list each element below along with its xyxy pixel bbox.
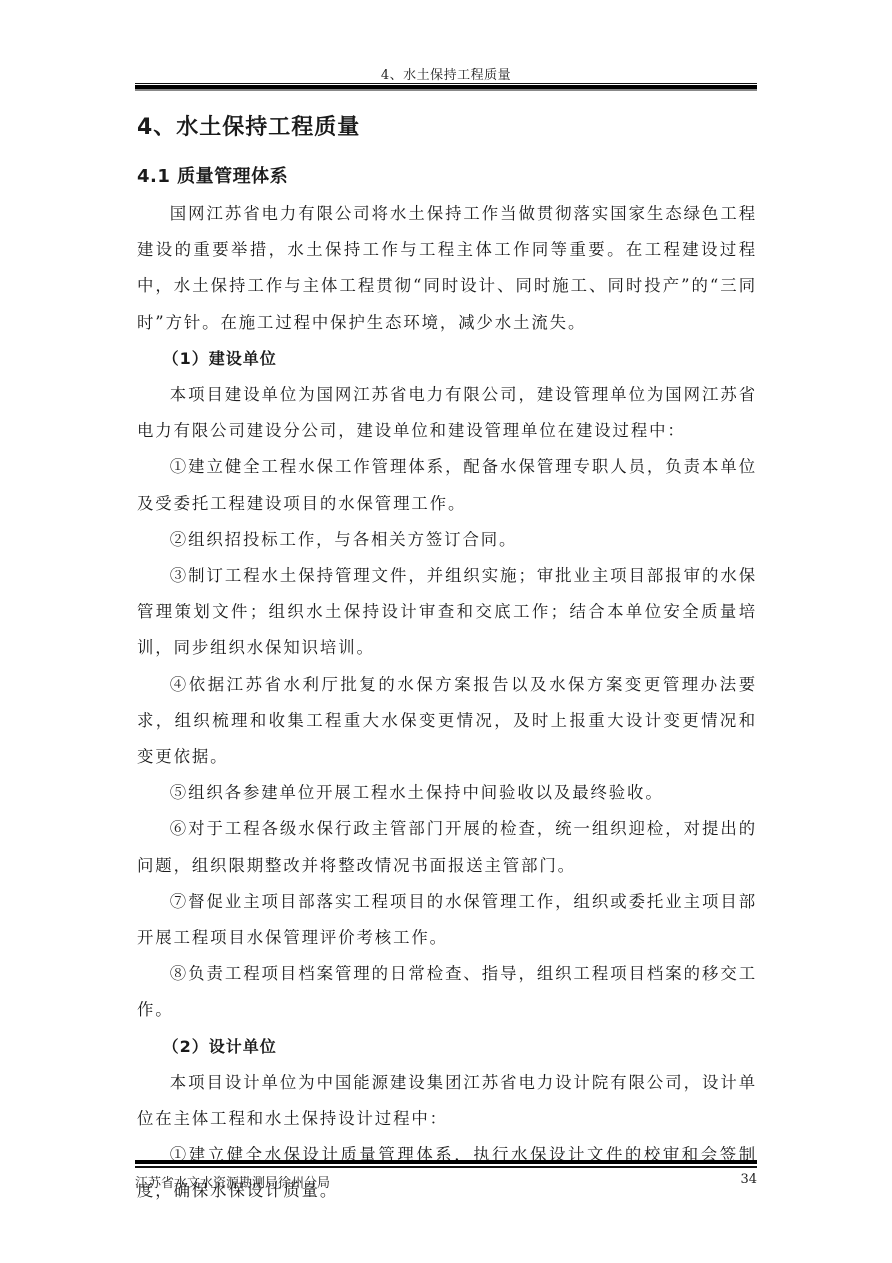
running-header: 4、水土保持工程质量 <box>135 64 757 83</box>
header-rule-thin <box>135 83 757 84</box>
section-title: 4.1 质量管理体系 <box>137 162 288 188</box>
list-item: ⑤组织各参建单位开展工程水土保持中间验收以及最终验收。 <box>137 775 757 811</box>
body-text: 国网江苏省电力有限公司将水土保持工作当做贯彻落实国家生态绿色工程建设的重要举措，… <box>137 196 757 1210</box>
list-item: ①建立健全工程水保工作管理体系，配备水保管理专职人员，负责本单位及受委托工程建设… <box>137 449 757 521</box>
footer-rule-thick <box>135 1160 757 1164</box>
list-item: ②组织招投标工作，与各相关方签订合同。 <box>137 522 757 558</box>
list-item: ⑥对于工程各级水保行政主管部门开展的检查，统一组织迎检，对提出的问题，组织限期整… <box>137 811 757 883</box>
paragraph: 本项目建设单位为国网江苏省电力有限公司，建设管理单位为国网江苏省电力有限公司建设… <box>137 377 757 449</box>
page-number: 34 <box>740 1172 757 1187</box>
chapter-title: 4、水土保持工程质量 <box>137 110 360 141</box>
header-rule-gray <box>135 89 757 91</box>
list-item: ⑦督促业主项目部落实工程项目的水保管理工作，组织或委托业主项目部开展工程项目水保… <box>137 884 757 956</box>
document-page: 4、水土保持工程质量 4、水土保持工程质量 4.1 质量管理体系 国网江苏省电力… <box>0 0 892 1263</box>
footer-rule-thin <box>135 1166 757 1168</box>
subheading-construction-unit: （1）建设单位 <box>137 341 757 377</box>
list-item: ④依据江苏省水利厅批复的水保方案报告以及水保方案变更管理办法要求，组织梳理和收集… <box>137 667 757 776</box>
list-item: ③制订工程水土保持管理文件，并组织实施；审批业主项目部报审的水保管理策划文件；组… <box>137 558 757 667</box>
intro-paragraph: 国网江苏省电力有限公司将水土保持工作当做贯彻落实国家生态绿色工程建设的重要举措，… <box>137 196 757 341</box>
list-item: ⑧负责工程项目档案管理的日常检查、指导，组织工程项目档案的移交工作。 <box>137 956 757 1028</box>
footer-organization: 江苏省水文水资源勘测局徐州分局 <box>135 1172 330 1191</box>
paragraph: 本项目设计单位为中国能源建设集团江苏省电力设计院有限公司，设计单位在主体工程和水… <box>137 1065 757 1137</box>
subheading-design-unit: （2）设计单位 <box>137 1029 757 1065</box>
